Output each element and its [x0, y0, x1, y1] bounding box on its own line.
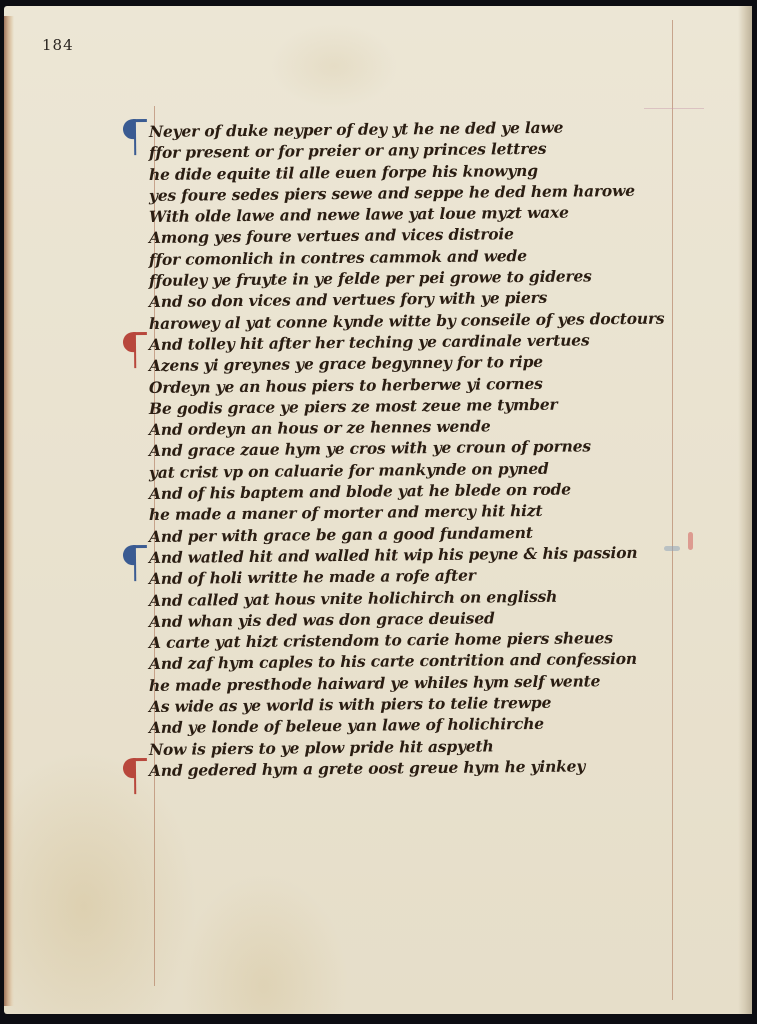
- ruling-line-top: [644, 108, 704, 109]
- manuscript-text-block: Neyer of duke neyper of dey yt he ne ded…: [149, 121, 757, 781]
- pilcrow-blue-icon: [123, 119, 145, 149]
- manuscript-leaf: 184 Neyer of duke neyper of dey yt he ne…: [4, 6, 752, 1014]
- pilcrow-blue-icon: [123, 545, 145, 575]
- pilcrow-red-icon: [123, 758, 145, 788]
- pilcrow-red-icon: [123, 332, 145, 362]
- page-gutter-edge: [4, 16, 14, 1006]
- folio-number: 184: [42, 36, 74, 54]
